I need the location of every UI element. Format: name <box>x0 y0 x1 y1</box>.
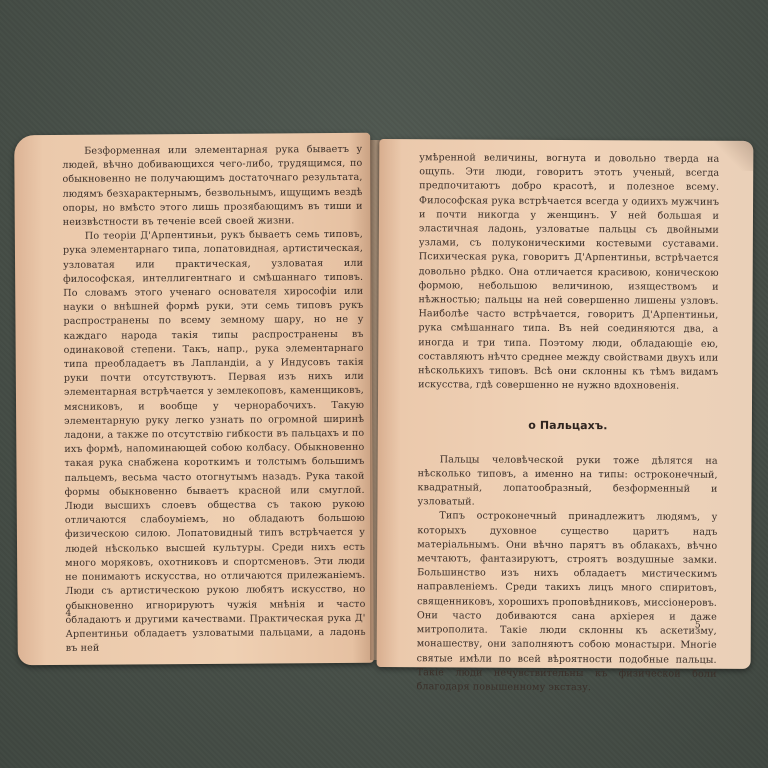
paragraph: умѣренной величины, вогнута и довольно т… <box>418 151 719 394</box>
paragraph: По теоріи Д'Арпентиньи, рукъ бываетъ сем… <box>63 228 366 656</box>
page-number: 4 <box>65 609 71 619</box>
section-heading: о Пальцахъ. <box>418 419 718 435</box>
paragraph: Пальцы человѣческой руки тоже дѣлятся на… <box>417 453 717 511</box>
paragraph: Безформенная или элементарная рука бывае… <box>62 143 363 230</box>
paragraph: Типъ остроконечный принадлежитъ людямъ, … <box>416 510 717 696</box>
right-page-text: умѣренной величины, вогнута и довольно т… <box>416 151 719 696</box>
left-page-text: Безформенная или элементарная рука бывае… <box>62 143 366 656</box>
page-number: 5 <box>695 621 701 631</box>
right-page: умѣренной величины, вогнута и довольно т… <box>377 139 754 669</box>
left-page: Безформенная или элементарная рука бывае… <box>14 133 374 665</box>
open-book: Безформенная или элементарная рука бывае… <box>0 0 768 768</box>
